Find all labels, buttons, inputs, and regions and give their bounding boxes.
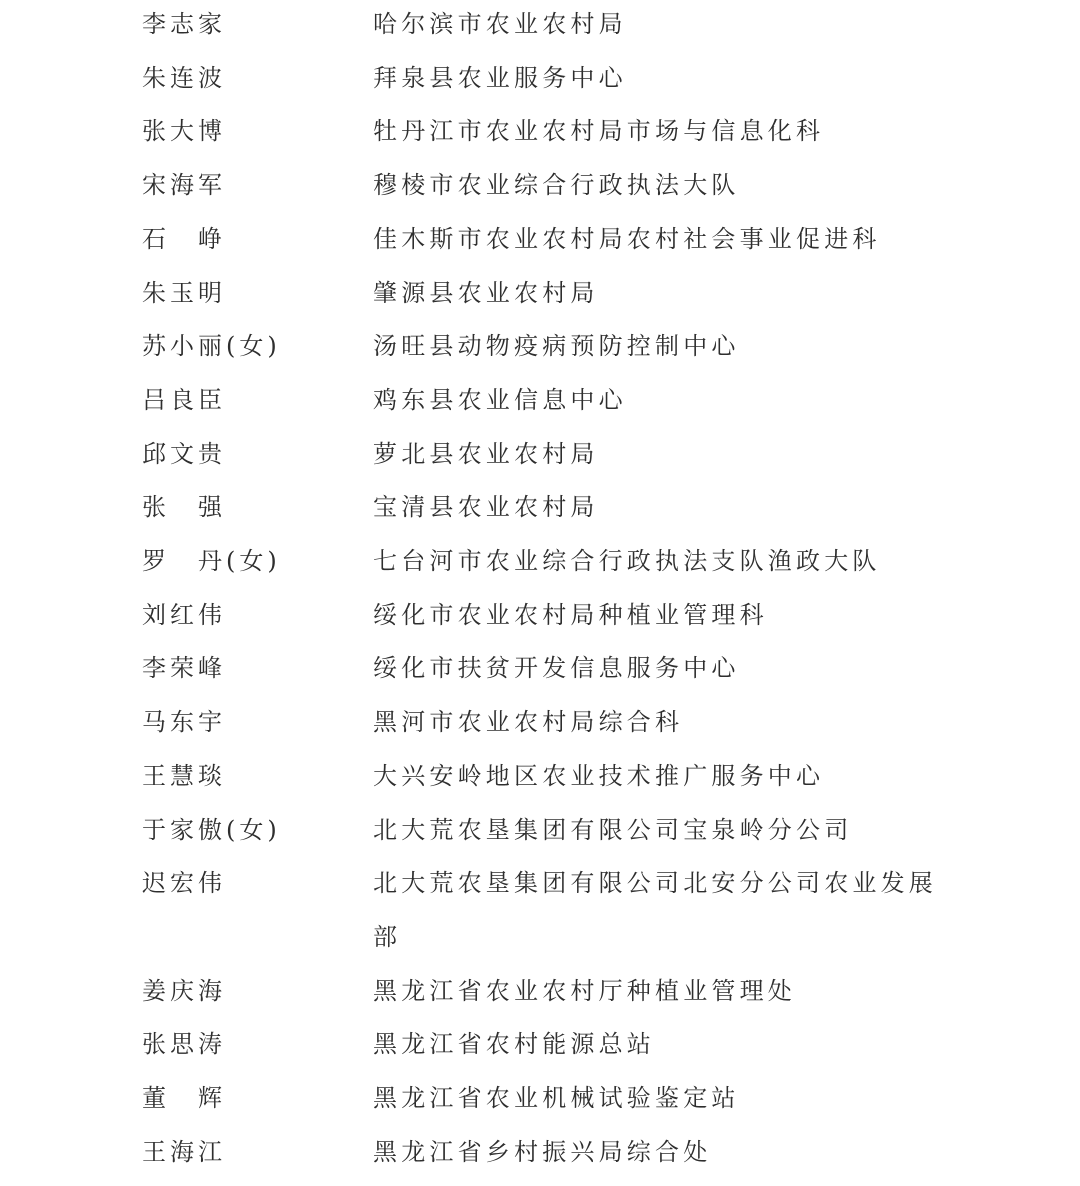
list-item: 迟宏伟 北大荒农垦集团有限公司北安分公司农业发展部 xyxy=(142,857,962,964)
organization: 黑龙江省农业农村厅种植业管理处 xyxy=(373,965,962,1019)
organization: 哈尔滨市农业农村局 xyxy=(373,0,962,52)
person-name: 李志家 xyxy=(142,0,373,52)
organization: 绥化市农业农村局种植业管理科 xyxy=(373,589,962,643)
list-item: 王慧琰 大兴安岭地区农业技术推广服务中心 xyxy=(142,750,962,804)
organization: 七台河市农业综合行政执法支队渔政大队 xyxy=(373,535,962,589)
person-name: 罗 丹(女) xyxy=(142,535,373,589)
list-item: 张大博 牡丹江市农业农村局市场与信息化科 xyxy=(142,105,962,159)
honoree-list: 李志家 哈尔滨市农业农村局 朱连波 拜泉县农业服务中心 张大博 牡丹江市农业农村… xyxy=(142,0,962,1179)
organization: 鸡东县农业信息中心 xyxy=(373,374,962,428)
person-name: 张大博 xyxy=(142,105,373,159)
person-name: 于家傲(女) xyxy=(142,804,373,858)
organization: 黑龙江省乡村振兴局综合处 xyxy=(373,1126,962,1180)
person-name: 朱连波 xyxy=(142,52,373,106)
list-item: 罗 丹(女) 七台河市农业综合行政执法支队渔政大队 xyxy=(142,535,962,589)
organization: 拜泉县农业服务中心 xyxy=(373,52,962,106)
person-name: 王海江 xyxy=(142,1126,373,1180)
person-name: 马东宇 xyxy=(142,696,373,750)
organization: 绥化市扶贫开发信息服务中心 xyxy=(373,642,962,696)
list-item: 邱文贵 萝北县农业农村局 xyxy=(142,428,962,482)
organization: 佳木斯市农业农村局农村社会事业促进科 xyxy=(373,213,962,267)
organization: 大兴安岭地区农业技术推广服务中心 xyxy=(373,750,962,804)
organization: 北大荒农垦集团有限公司北安分公司农业发展部 xyxy=(373,857,962,964)
organization: 黑龙江省农村能源总站 xyxy=(373,1018,962,1072)
list-item: 苏小丽(女) 汤旺县动物疫病预防控制中心 xyxy=(142,320,962,374)
person-name: 吕良臣 xyxy=(142,374,373,428)
person-name: 董 辉 xyxy=(142,1072,373,1126)
list-item: 李志家 哈尔滨市农业农村局 xyxy=(142,0,962,52)
list-item: 刘红伟 绥化市农业农村局种植业管理科 xyxy=(142,589,962,643)
list-item: 于家傲(女) 北大荒农垦集团有限公司宝泉岭分公司 xyxy=(142,804,962,858)
person-name: 刘红伟 xyxy=(142,589,373,643)
organization: 萝北县农业农村局 xyxy=(373,428,962,482)
person-name: 朱玉明 xyxy=(142,267,373,321)
person-name: 苏小丽(女) xyxy=(142,320,373,374)
list-item: 姜庆海 黑龙江省农业农村厅种植业管理处 xyxy=(142,965,962,1019)
organization: 北大荒农垦集团有限公司宝泉岭分公司 xyxy=(373,804,962,858)
list-item: 董 辉 黑龙江省农业机械试验鉴定站 xyxy=(142,1072,962,1126)
organization: 牡丹江市农业农村局市场与信息化科 xyxy=(373,105,962,159)
list-item: 朱连波 拜泉县农业服务中心 xyxy=(142,52,962,106)
person-name: 李荣峰 xyxy=(142,642,373,696)
list-item: 李荣峰 绥化市扶贫开发信息服务中心 xyxy=(142,642,962,696)
list-item: 王海江 黑龙江省乡村振兴局综合处 xyxy=(142,1126,962,1180)
person-name: 迟宏伟 xyxy=(142,857,373,911)
list-item: 张思涛 黑龙江省农村能源总站 xyxy=(142,1018,962,1072)
person-name: 石 峥 xyxy=(142,213,373,267)
person-name: 王慧琰 xyxy=(142,750,373,804)
person-name: 姜庆海 xyxy=(142,965,373,1019)
list-item: 吕良臣 鸡东县农业信息中心 xyxy=(142,374,962,428)
person-name: 邱文贵 xyxy=(142,428,373,482)
person-name: 张思涛 xyxy=(142,1018,373,1072)
person-name: 张 强 xyxy=(142,481,373,535)
organization: 穆棱市农业综合行政执法大队 xyxy=(373,159,962,213)
list-item: 马东宇 黑河市农业农村局综合科 xyxy=(142,696,962,750)
list-item: 石 峥 佳木斯市农业农村局农村社会事业促进科 xyxy=(142,213,962,267)
list-item: 朱玉明 肇源县农业农村局 xyxy=(142,267,962,321)
list-item: 张 强 宝清县农业农村局 xyxy=(142,481,962,535)
person-name: 宋海军 xyxy=(142,159,373,213)
list-item: 宋海军 穆棱市农业综合行政执法大队 xyxy=(142,159,962,213)
organization: 汤旺县动物疫病预防控制中心 xyxy=(373,320,962,374)
organization: 肇源县农业农村局 xyxy=(373,267,962,321)
organization: 黑龙江省农业机械试验鉴定站 xyxy=(373,1072,962,1126)
organization: 黑河市农业农村局综合科 xyxy=(373,696,962,750)
organization: 宝清县农业农村局 xyxy=(373,481,962,535)
